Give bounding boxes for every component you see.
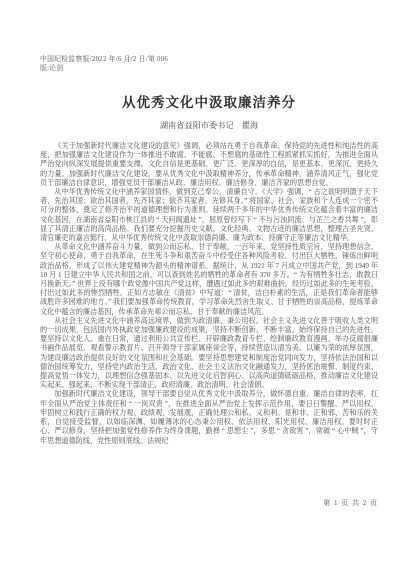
document-content: 中国纪检监察报/2022 年/6 月/2 日/第 006 版:论剑 从优秀文化中… [40, 55, 378, 446]
edition-line: 版:论剑 [40, 64, 378, 73]
body-paragraph: 从中华优秀传统文化中涵养家国情怀，做到克己奉公，清廉自守。《大学》强调，“ 古之… [40, 188, 378, 243]
article-byline: 湖南省益阳市委书记 瞿海 [40, 120, 378, 131]
page-number-footer: 第 1 页 共 2 页 [323, 498, 378, 508]
document-source-header: 中国纪检监察报/2022 年/6 月/2 日/第 006 版:论剑 [40, 55, 378, 73]
body-paragraph: 加强新时代廉洁文化建设，领导干部要自觉从优秀文化中汲取养分，做怀德自重、廉洁自律… [40, 390, 378, 445]
body-paragraph: 《关于加强新时代廉洁文化建设的意见》强调，必须站在勇于自我革命、保持党的先进性和… [40, 142, 378, 188]
article-body: 《关于加强新时代廉洁文化建设的意见》强调，必须站在勇于自我革命、保持党的先进性和… [40, 142, 378, 446]
body-paragraph: 从革命文化中涵养奋斗力量，做到公而忘私、甘于奉献。一百年来，党坚持性质宗旨、坚持… [40, 243, 378, 317]
document-page: 中国纪检监察报/2022 年/6 月/2 日/第 006 版:论剑 从优秀文化中… [0, 0, 410, 580]
source-line: 中国纪检监察报/2022 年/6 月/2 日/第 006 [40, 55, 378, 64]
body-paragraph: 从社会主义先进文化中涵养高远境界，做到为政清廉、秉公用权。社会主义先进文化善于吸… [40, 317, 378, 391]
article-title: 从优秀文化中汲取廉洁养分 [40, 91, 378, 111]
